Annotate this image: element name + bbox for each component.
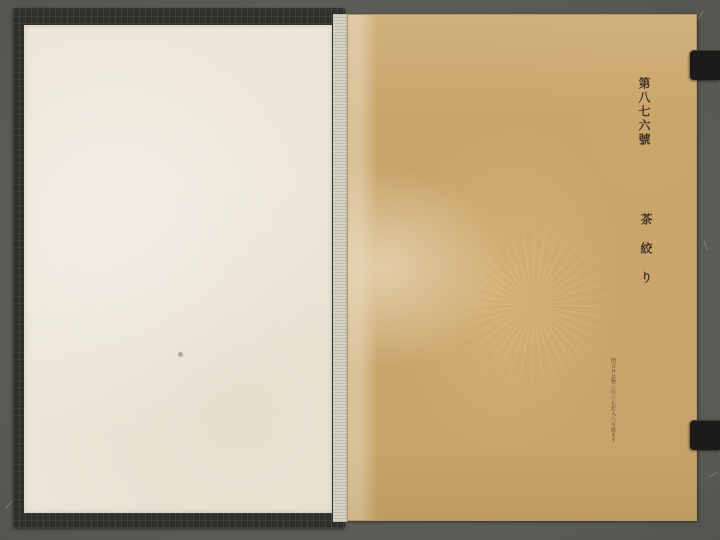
binding-clip-bottom	[690, 420, 720, 450]
right-page: 第八七六號 茶絞り 問合せ品物ニ付ニ左記入ヘ可致ます	[347, 14, 697, 521]
binding-clip-top	[690, 50, 720, 80]
left-endpaper	[24, 25, 332, 513]
page-title: 茶絞り	[638, 213, 655, 300]
colophon-text: 問合せ品物ニ付ニ左記入ヘ可致ます	[610, 358, 617, 443]
issue-number: 第八七六號	[636, 77, 653, 147]
paper-speck	[178, 352, 183, 357]
paper-fiber-pattern	[443, 215, 623, 395]
book-gutter	[333, 14, 347, 522]
